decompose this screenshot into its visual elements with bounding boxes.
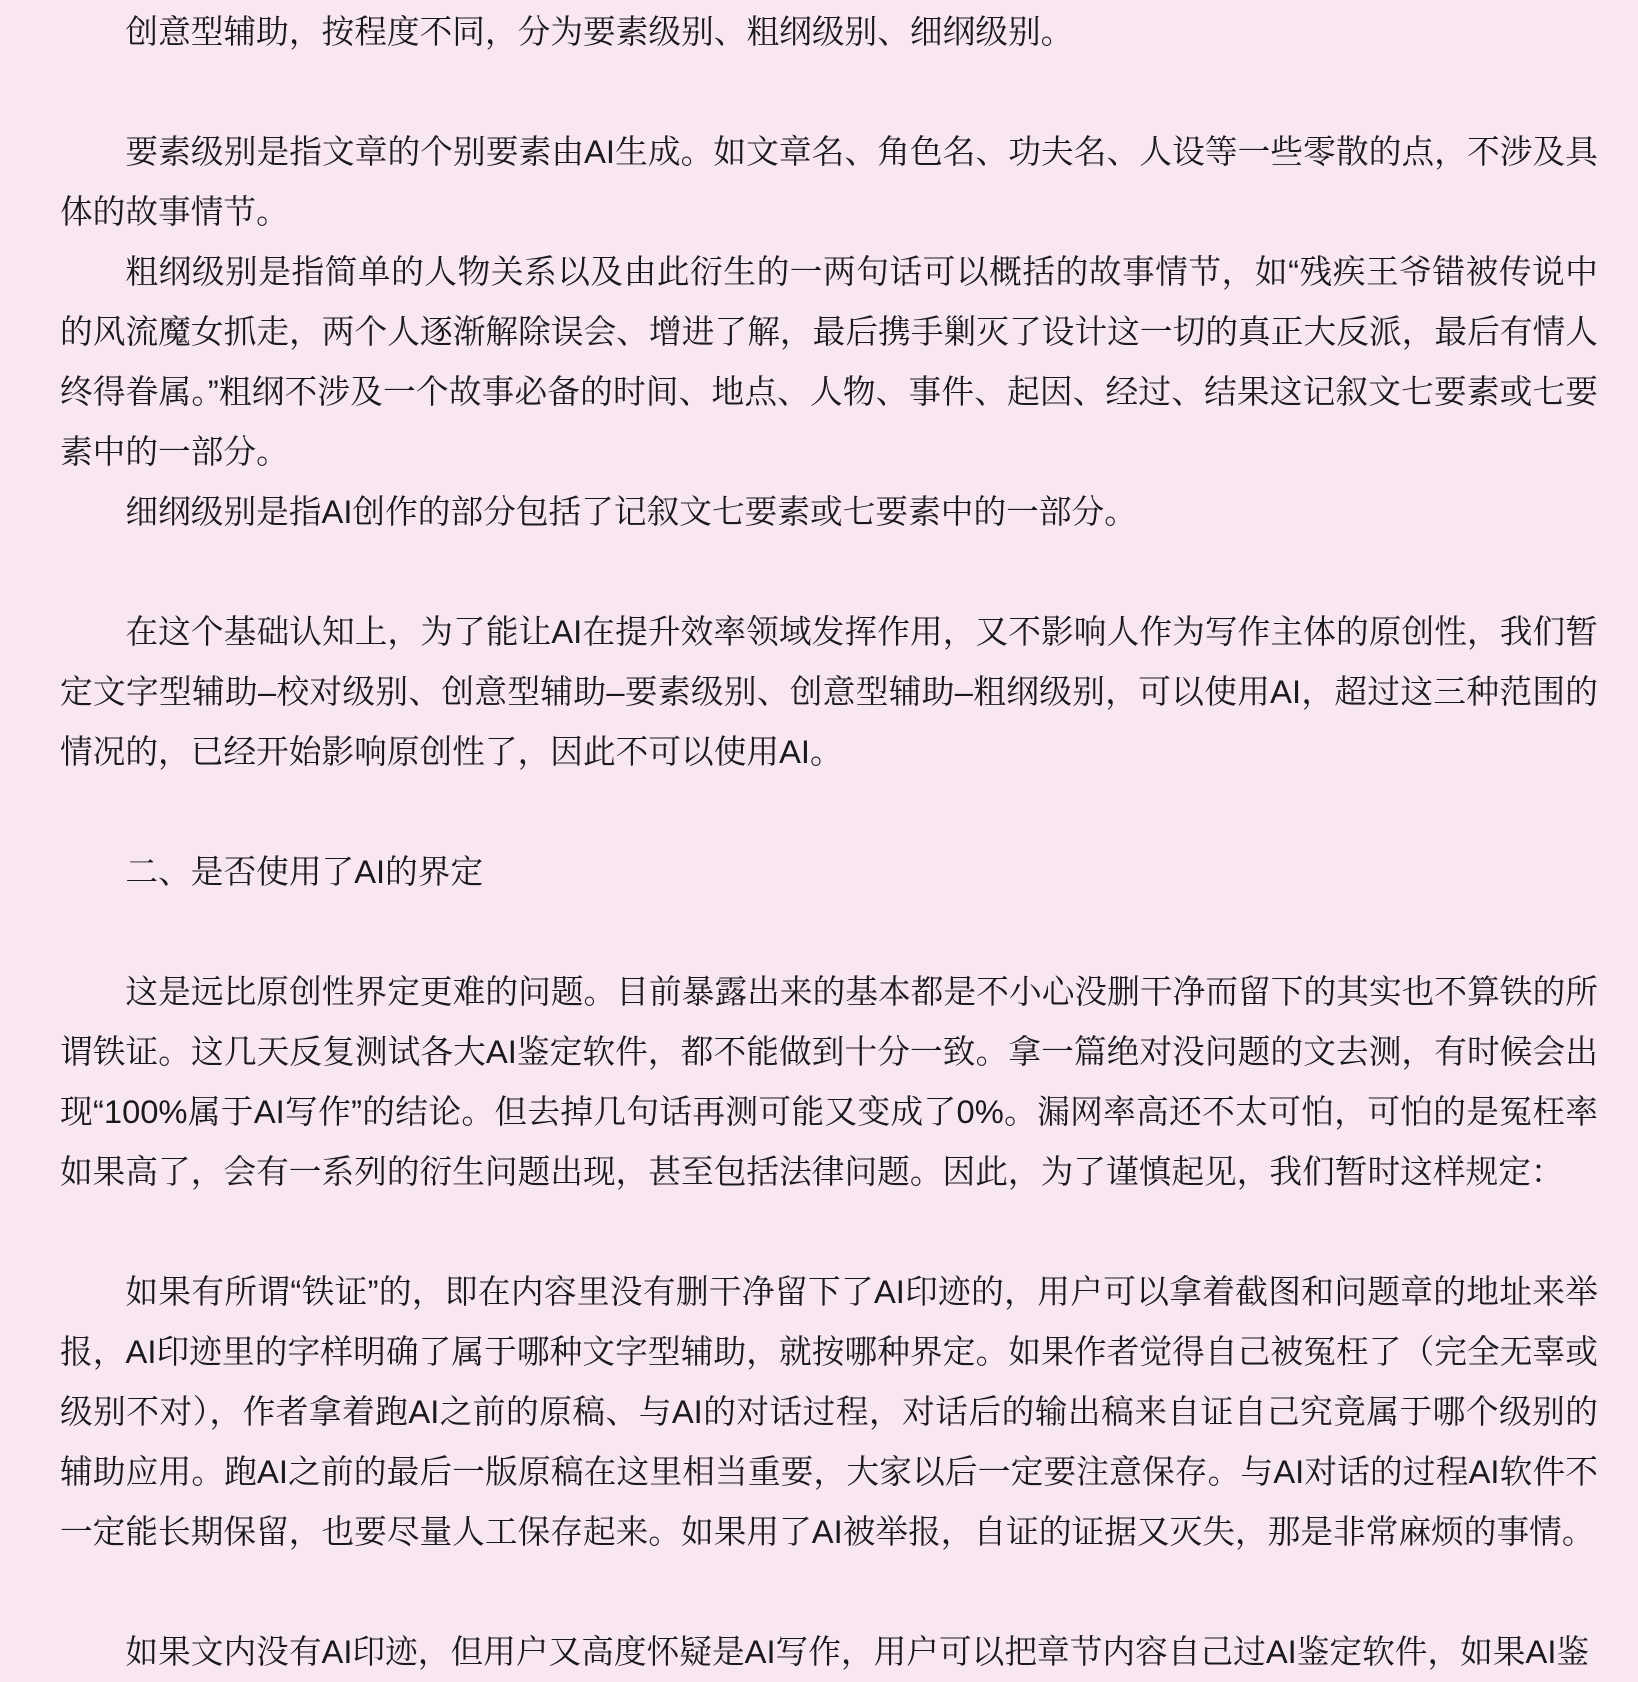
paragraph: 细纲级别是指AI创作的部分包括了记叙文七要素或七要素中的一部分。 (60, 482, 1598, 542)
paragraph: 这是远比原创性界定更难的问题。目前暴露出来的基本都是不小心没删干净而留下的其实也… (60, 962, 1598, 1202)
paragraph-spacer (60, 1562, 1598, 1622)
document-page: 创意型辅助，按程度不同，分为要素级别、粗纲级别、细纲级别。要素级别是指文章的个别… (0, 0, 1638, 1682)
paragraph-spacer (60, 62, 1598, 122)
paragraph-spacer (60, 542, 1598, 602)
paragraph-spacer (60, 782, 1598, 842)
paragraph: 如果文内没有AI印迹，但用户又高度怀疑是AI写作，用户可以把章节内容自己过AI鉴… (60, 1622, 1598, 1682)
paragraph: 如果有所谓“铁证”的，即在内容里没有删干净留下了AI印迹的，用户可以拿着截图和问… (60, 1262, 1598, 1562)
paragraph-spacer (60, 1202, 1598, 1262)
section-heading: 二、是否使用了AI的界定 (60, 842, 1598, 902)
paragraph: 创意型辅助，按程度不同，分为要素级别、粗纲级别、细纲级别。 (60, 2, 1598, 62)
paragraph: 在这个基础认知上，为了能让AI在提升效率领域发挥作用，又不影响人作为写作主体的原… (60, 602, 1598, 782)
paragraph: 要素级别是指文章的个别要素由AI生成。如文章名、角色名、功夫名、人设等一些零散的… (60, 122, 1598, 242)
paragraph-spacer (60, 902, 1598, 962)
paragraph: 粗纲级别是指简单的人物关系以及由此衍生的一两句话可以概括的故事情节，如“残疾王爷… (60, 242, 1598, 482)
